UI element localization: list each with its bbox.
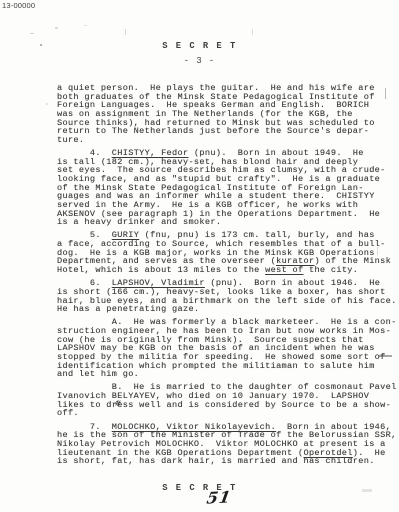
page-number: - 3 -: [0, 56, 399, 66]
text-line: return to The Netherlands just before th…: [57, 127, 397, 136]
scan-artifact: [84, 25, 87, 26]
text-line: Hotel, which is about 13 miles to the we…: [57, 266, 397, 275]
scan-artifact: [125, 29, 126, 35]
scan-artifact: [46, 103, 48, 105]
paragraph: 4. CHISTYY, Fedor (pnu). Born in about 1…: [57, 149, 397, 227]
text-line: ture.: [57, 136, 397, 145]
paragraph: a quiet person. He plays the guitar. He …: [57, 84, 397, 144]
paragraph: B. He is married to the daughter of cosm…: [57, 383, 397, 418]
paragraph: A. He was formerly a black marketeer. He…: [57, 318, 397, 378]
paragraph: 5. GURIY (fnu, pnu) is 173 cm. tall, bur…: [57, 231, 397, 274]
paragraph: 7. MOLOCHKO, Viktor Nikolayevich. Born i…: [57, 423, 397, 466]
scanned-document-page: 13-00000 S E C R E T - 3 - a quiet perso…: [0, 0, 399, 512]
text-line: off.: [57, 409, 397, 418]
scan-artifact: [55, 27, 58, 29]
text-line: likes to dress well and is considered by…: [57, 401, 397, 410]
paragraph: 6. LAPSHOV, Vladimir (pnu). Born in abou…: [57, 279, 397, 314]
classification-header: S E C R E T: [0, 41, 399, 51]
text-line: is short, fat, has dark hair, is married…: [57, 457, 397, 466]
text-line: is a heavy drinker and smoker.: [57, 218, 397, 227]
text-line: He has a penetrating gaze.: [57, 305, 397, 314]
document-body: a quiet person. He plays the guitar. He …: [57, 84, 397, 470]
handwritten-page-number: 51: [205, 487, 233, 507]
text-line: and let him go.: [57, 370, 397, 379]
document-corner-id: 13-00000: [2, 1, 35, 10]
scan-artifact: [30, 33, 34, 34]
scan-artifact: [252, 29, 253, 35]
classification-footer: S E C R E T: [0, 483, 399, 493]
